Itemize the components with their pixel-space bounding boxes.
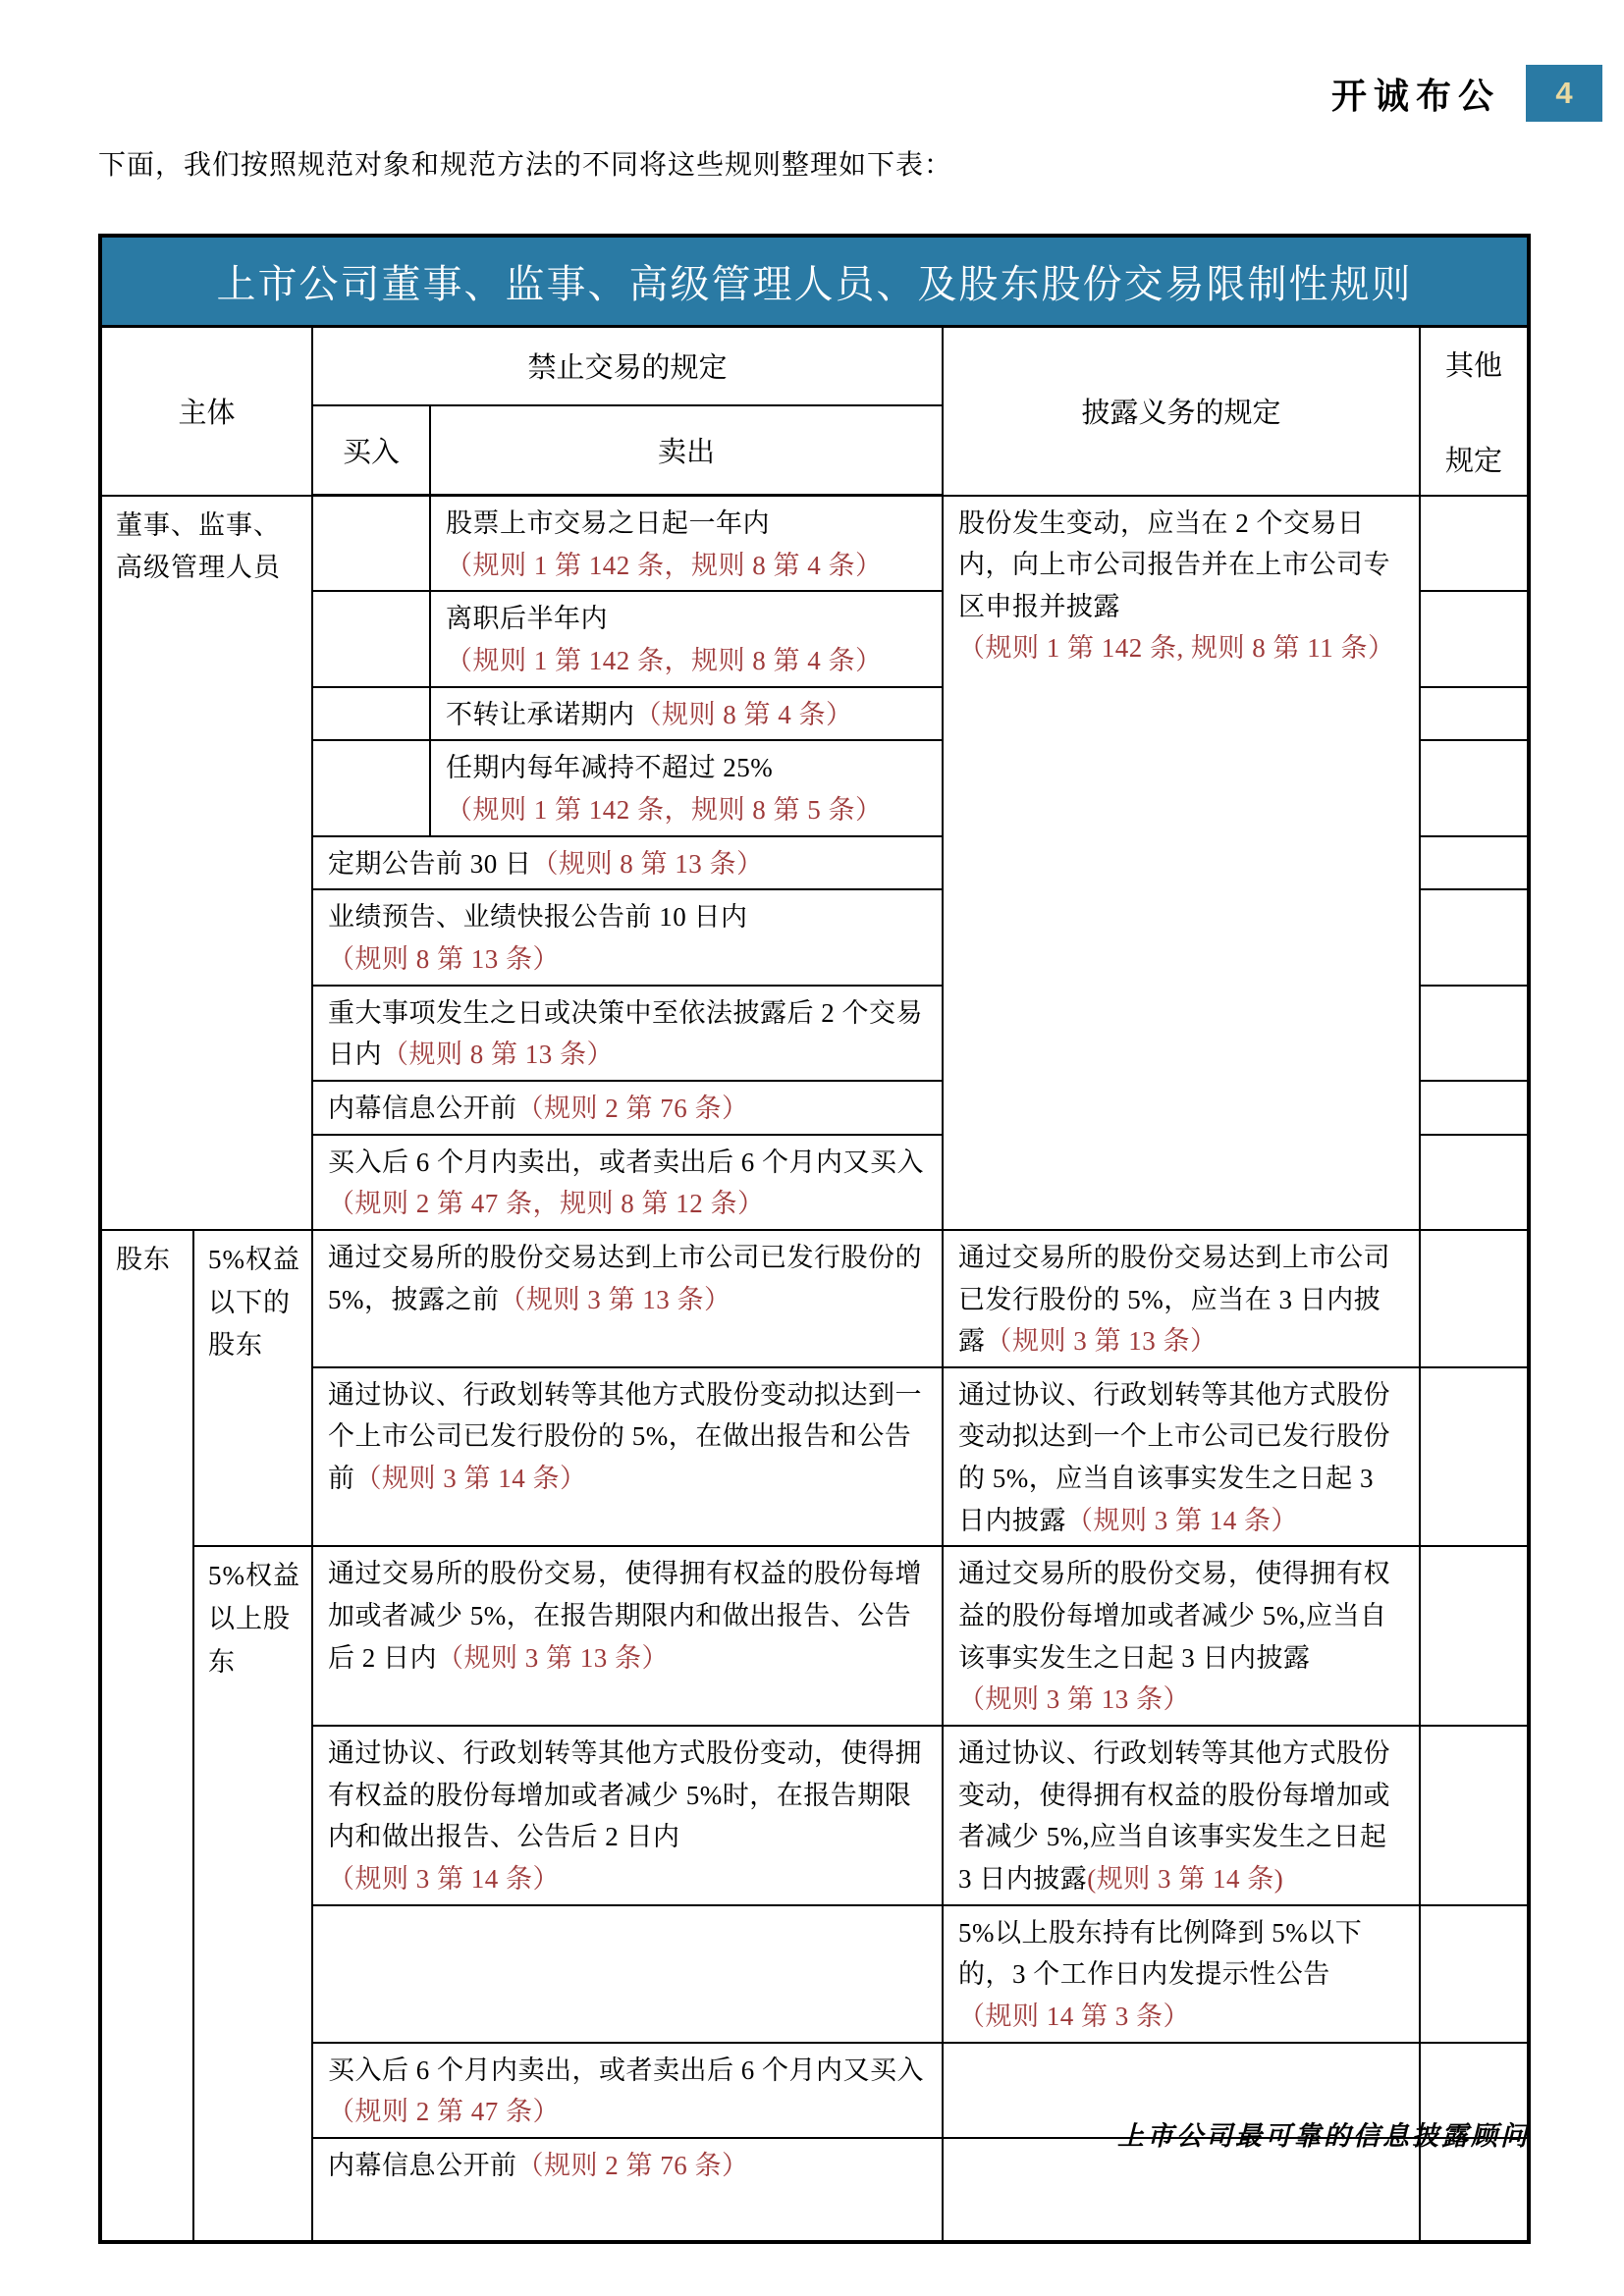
- rule-ref: （规则 3 第 14 条）: [1066, 1506, 1298, 1535]
- s1-r4-buy-cell: [312, 740, 430, 835]
- rule-ref: （规则 1 第 142 条，规则 8 第 5 条）: [446, 789, 930, 831]
- s2-r1-other-cell: [1420, 1230, 1529, 1367]
- rule-ref: （规则 2 第 76 条）: [517, 1094, 749, 1123]
- intro-text: 下面，我们按照规范对象和规范方法的不同将这些规则整理如下表：: [98, 143, 952, 183]
- rule-ref: （规则 3 第 13 条）: [958, 1679, 1407, 1721]
- s1-r7-prohibited-cell: 重大事项发生之日或决策中至依法披露后 2 个交易日内（规则 8 第 13 条）: [312, 986, 943, 1081]
- rule-text: 买入后 6 个月内卖出，或者卖出后 6 个月内又买入: [328, 2056, 924, 2085]
- rule-text: 买入后 6 个月内卖出，或者卖出后 6 个月内又买入: [328, 1148, 924, 1177]
- table-title: 上市公司董事、监事、高级管理人员、及股东股份交易限制性规则: [100, 236, 1529, 326]
- s1-r5-other-cell: [1420, 836, 1529, 890]
- s1-r9-other-cell: [1420, 1135, 1529, 1230]
- rule-text: 内幕信息公开前: [328, 1094, 517, 1123]
- rule-text: 股份发生变动，应当在 2 个交易日内，向上市公司报告并在上市公司专区申报并披露: [958, 508, 1390, 621]
- rule-ref: （规则 3 第 13 条）: [986, 1326, 1218, 1356]
- s3-r5-other-cell: [1420, 2138, 1529, 2242]
- s1-r5-prohibited-cell: 定期公告前 30 日（规则 8 第 13 条）: [312, 836, 943, 890]
- rule-ref: （规则 8 第 13 条）: [328, 938, 930, 981]
- s3-r3-disclosure-cell: 5%以上股东持有比例降到 5%以下的，3 个工作日内发提示性公告（规则 14 第…: [943, 1905, 1420, 2043]
- rule-text: 不转让承诺期内: [446, 700, 635, 729]
- col-header-other-line1: 其他: [1445, 344, 1502, 384]
- s1-r3-buy-cell: [312, 687, 430, 741]
- rule-ref: （规则 2 第 76 条）: [517, 2151, 749, 2180]
- s1-subject-cell: 董事、监事、高级管理人员: [100, 496, 312, 1230]
- s1-r9-prohibited-cell: 买入后 6 个月内卖出，或者卖出后 6 个月内又买入（规则 2 第 47 条，规…: [312, 1135, 943, 1230]
- footer-slogan: 上市公司最可靠的信息披露顾问: [1117, 2114, 1530, 2153]
- s1-r2-sell-cell: 离职后半年内（规则 1 第 142 条，规则 8 第 4 条）: [430, 591, 943, 686]
- s1-r4-other-cell: [1420, 740, 1529, 835]
- s3-r1-other-cell: [1420, 1546, 1529, 1726]
- s1-r1-buy-cell: [312, 496, 430, 592]
- col-header-disclosure: 披露义务的规定: [943, 326, 1420, 496]
- rule-ref: （规则 14 第 3 条）: [958, 1996, 1407, 2038]
- s3-r3-other-cell: [1420, 1905, 1529, 2043]
- s3-r1-prohibited-cell: 通过交易所的股份交易，使得拥有权益的股份每增加或者减少 5%，在报告期限内和做出…: [312, 1546, 943, 1726]
- s1-r3-other-cell: [1420, 687, 1529, 741]
- page-number-badge: 4: [1526, 65, 1602, 122]
- brand-logo-text: 开诚布公: [1331, 69, 1500, 119]
- s1-r8-other-cell: [1420, 1081, 1529, 1135]
- s1-r4-sell-cell: 任期内每年减持不超过 25%（规则 1 第 142 条，规则 8 第 5 条）: [430, 740, 943, 835]
- s1-r1-sell-cell: 股票上市交易之日起一年内（规则 1 第 142 条，规则 8 第 4 条）: [430, 496, 943, 592]
- rule-ref: （规则 1 第 142 条，规则 8 第 4 条）: [446, 640, 930, 682]
- rule-ref: （规则 3 第 14 条）: [355, 1464, 587, 1493]
- s1-r2-other-cell: [1420, 591, 1529, 686]
- s3-r4-prohibited-cell: 买入后 6 个月内卖出，或者卖出后 6 个月内又买入（规则 2 第 47 条）: [312, 2043, 943, 2138]
- page-header: 开诚布公 4: [1331, 65, 1602, 122]
- rule-ref: （规则 2 第 47 条）: [328, 2097, 560, 2126]
- rule-ref: （规则 8 第 13 条）: [532, 849, 764, 879]
- rule-ref: （规则 8 第 4 条）: [635, 700, 853, 729]
- s2-r2-other-cell: [1420, 1367, 1529, 1547]
- s3-r1-disclosure-cell: 通过交易所的股份交易，使得拥有权益的股份每增加或者减少 5%,应当自该事实发生之…: [943, 1546, 1420, 1726]
- rule-ref: （规则 1 第 142 条，规则 8 第 4 条）: [446, 545, 930, 587]
- s1-disclosure-cell: 股份发生变动，应当在 2 个交易日内，向上市公司报告并在上市公司专区申报并披露（…: [943, 496, 1420, 1230]
- s1-r3-sell-cell: 不转让承诺期内（规则 8 第 4 条）: [430, 687, 943, 741]
- rule-text: 离职后半年内: [446, 604, 608, 633]
- rule-text: 通过交易所的股份交易，使得拥有权益的股份每增加或者减少 5%,应当自该事实发生之…: [958, 1559, 1390, 1672]
- s1-r1-other-cell: [1420, 496, 1529, 592]
- rules-table: 上市公司董事、监事、高级管理人员、及股东股份交易限制性规则 主体 禁止交易的规定…: [98, 234, 1531, 2244]
- rule-text: 股票上市交易之日起一年内: [446, 508, 770, 538]
- s2-r2-disclosure-cell: 通过协议、行政划转等其他方式股份变动拟达到一个上市公司已发行股份的 5%，应当自…: [943, 1367, 1420, 1547]
- rule-ref: （规则 3 第 14 条）: [328, 1858, 930, 1900]
- rule-ref: (规则 3 第 14 条): [1087, 1864, 1283, 1894]
- col-header-sell: 卖出: [430, 405, 943, 495]
- rule-ref: （规则 1 第 142 条, 规则 8 第 11 条）: [958, 627, 1407, 669]
- col-header-other: 其他 规定: [1420, 326, 1529, 496]
- rule-text: 5%以上股东持有比例降到 5%以下的，3 个工作日内发提示性公告: [958, 1918, 1362, 1990]
- s1-r7-other-cell: [1420, 986, 1529, 1081]
- rule-text: 内幕信息公开前: [328, 2151, 517, 2180]
- s3-r2-disclosure-cell: 通过协议、行政划转等其他方式股份变动，使得拥有权益的股份每增加或者减少 5%,应…: [943, 1726, 1420, 1905]
- s2-subsubject-cell: 5%权益以下的股东: [193, 1230, 312, 1547]
- rule-ref: （规则 3 第 13 条）: [437, 1643, 669, 1673]
- col-header-other-stack: 其他 规定: [1421, 328, 1527, 495]
- s3-r5-disclosure-cell: [943, 2138, 1420, 2242]
- s2-r1-prohibited-cell: 通过交易所的股份交易达到上市公司已发行股份的 5%，披露之前（规则 3 第 13…: [312, 1230, 943, 1367]
- s2-subject-cell: 股东: [100, 1230, 193, 2242]
- rule-ref: （规则 2 第 47 条，规则 8 第 12 条）: [328, 1189, 765, 1218]
- s1-r2-buy-cell: [312, 591, 430, 686]
- s1-r6-other-cell: [1420, 889, 1529, 985]
- col-header-subject: 主体: [100, 326, 312, 496]
- col-header-other-line2: 规定: [1445, 439, 1502, 479]
- rule-text: 业绩预告、业绩快报公告前 10 日内: [328, 902, 748, 932]
- s3-r2-other-cell: [1420, 1726, 1529, 1905]
- col-header-buy: 买入: [312, 405, 430, 495]
- s2-r2-prohibited-cell: 通过协议、行政划转等其他方式股份变动拟达到一个上市公司已发行股份的 5%，在做出…: [312, 1367, 943, 1547]
- rule-ref: （规则 8 第 13 条）: [382, 1040, 614, 1069]
- s1-r8-prohibited-cell: 内幕信息公开前（规则 2 第 76 条）: [312, 1081, 943, 1135]
- s3-subsubject-cell: 5%权益以上股东: [193, 1546, 312, 2242]
- col-header-prohibited: 禁止交易的规定: [312, 326, 943, 405]
- s2-r1-disclosure-cell: 通过交易所的股份交易达到上市公司已发行股份的 5%，应当在 3 日内披露（规则 …: [943, 1230, 1420, 1367]
- rule-ref: （规则 3 第 13 条）: [500, 1285, 731, 1314]
- s3-r5-prohibited-cell: 内幕信息公开前（规则 2 第 76 条）: [312, 2138, 943, 2242]
- s3-r3-prohibited-cell: [312, 1905, 943, 2043]
- s1-r6-prohibited-cell: 业绩预告、业绩快报公告前 10 日内（规则 8 第 13 条）: [312, 889, 943, 985]
- rule-text: 定期公告前 30 日: [328, 849, 532, 879]
- rule-text: 通过协议、行政划转等其他方式股份变动，使得拥有权益的股份每增加或者减少 5%时，…: [328, 1738, 922, 1851]
- rule-text: 任期内每年减持不超过 25%: [446, 753, 773, 782]
- s3-r2-prohibited-cell: 通过协议、行政划转等其他方式股份变动，使得拥有权益的股份每增加或者减少 5%时，…: [312, 1726, 943, 1905]
